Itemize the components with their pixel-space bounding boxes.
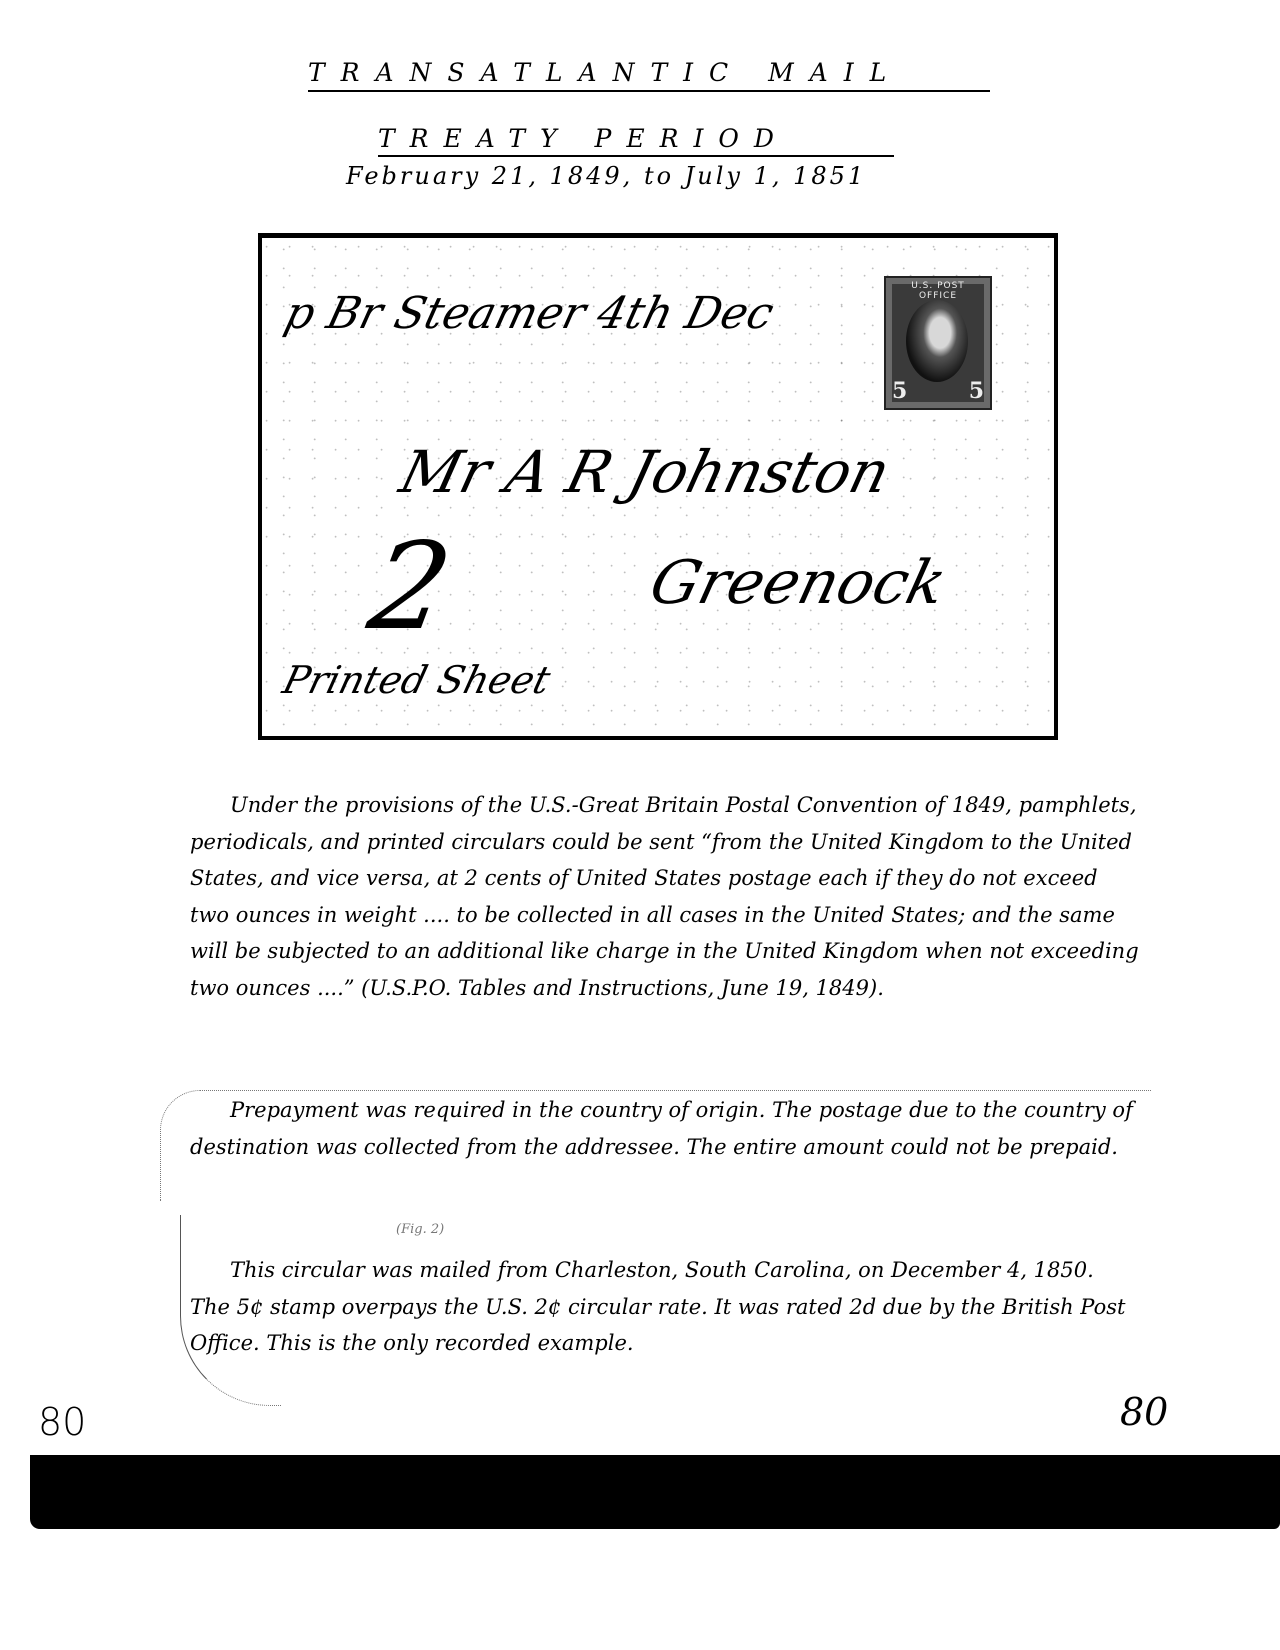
postage-stamp: U.S. POST OFFICE 5 5 (884, 276, 992, 410)
page-number-left: 80 (38, 1400, 86, 1444)
rate-marking: 2 (361, 528, 459, 648)
paragraph-prepayment: Prepayment was required in the country o… (190, 1092, 1140, 1165)
printed-sheet-endorsement: Printed Sheet (279, 658, 555, 702)
paragraph-description: This circular was mailed from Charleston… (190, 1252, 1140, 1362)
page-title: TRANSATLANTIC MAIL (308, 58, 990, 92)
scan-edge-band (30, 1455, 1280, 1529)
paragraph-convention: Under the provisions of the U.S.-Great B… (190, 787, 1140, 1006)
routing-endorsement: p Br Steamer 4th Dec (280, 288, 779, 339)
date-range: February 21, 1849, to July 1, 1851 (346, 160, 966, 192)
franklin-portrait-icon (906, 300, 968, 382)
destination: Greenock (643, 548, 953, 618)
page-number-right: 80 (1120, 1390, 1168, 1434)
stamp-denomination-right: 5 (969, 378, 984, 404)
stamp-top-text: U.S. POST OFFICE (892, 281, 984, 301)
postal-cover: U.S. POST OFFICE 5 5 p Br Steamer 4th De… (258, 233, 1058, 740)
stamp-denomination-left: 5 (892, 378, 907, 404)
page-subtitle: TREATY PERIOD (378, 124, 894, 157)
addressee: Mr A R Johnston (394, 438, 897, 506)
pencil-annotation: (Fig. 2) (396, 1222, 444, 1237)
